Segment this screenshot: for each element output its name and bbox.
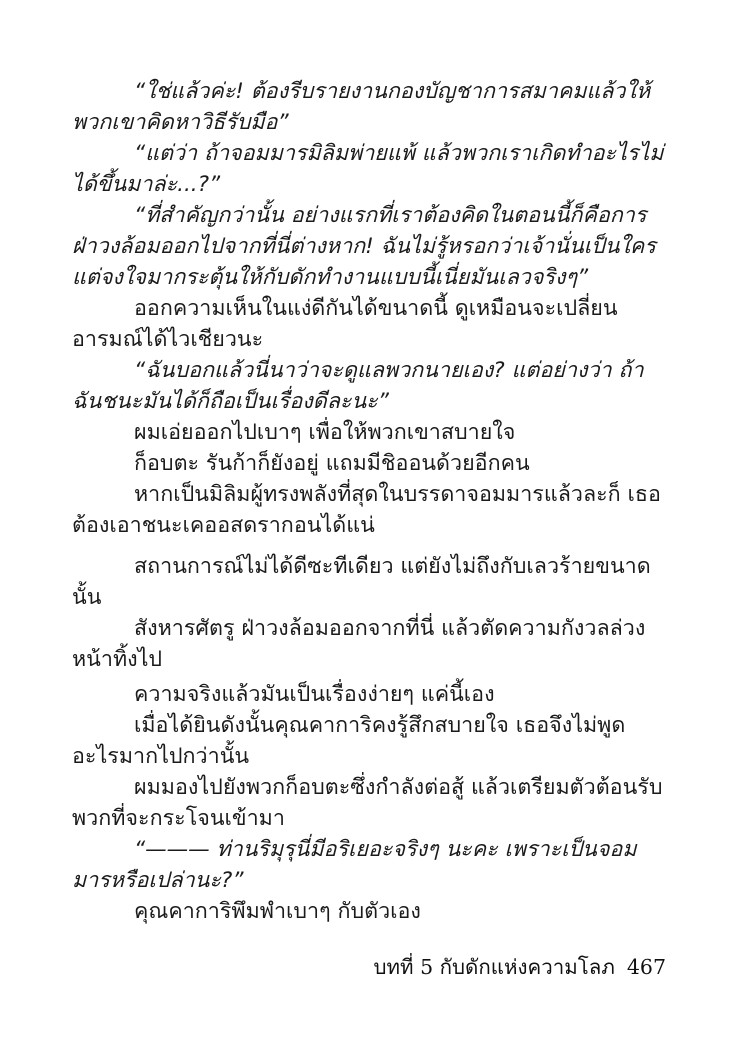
- dialogue-paragraph: “ที่สำคัญกว่านั้น อย่างแรกที่เราต้องคิดใ…: [72, 200, 667, 293]
- narration-paragraph: ความจริงแล้วมันเป็นเรื่องง่ายๆ แค่นี้เอง: [72, 679, 667, 710]
- page-text-block: “ใช่แล้วค่ะ! ต้องรีบรายงานกองบัญชาการสมา…: [72, 76, 667, 927]
- narration-paragraph: ออกความเห็นในแง่ดีกันได้ขนาดนี้ ดูเหมือน…: [72, 293, 667, 355]
- footer-chapter-title: บทที่ 5 กับดักแห่งความโลภ: [374, 955, 615, 979]
- narration-paragraph: สถานการณ์ไม่ได้ดีซะทีเดียว แต่ยังไม่ถึงก…: [72, 551, 667, 613]
- narration-paragraph: ผมเอ่ยออกไปเบาๆ เพื่อให้พวกเขาสบายใจ: [72, 417, 667, 448]
- dialogue-paragraph: “ฉันบอกแล้วนี่นาว่าจะดูแลพวกนายเอง? แต่อ…: [72, 355, 667, 417]
- dialogue-paragraph: “——— ท่านริมุรุนี่มีอริเยอะจริงๆ นะคะ เพ…: [72, 834, 667, 896]
- dialogue-paragraph: “แต่ว่า ถ้าจอมมารมิลิมพ่ายแพ้ แล้วพวกเรา…: [72, 138, 667, 200]
- narration-paragraph: สังหารศัตรู ฝ่าวงล้อมออกจากที่นี่ แล้วตั…: [72, 613, 667, 675]
- narration-paragraph: คุณคาการิพึมพำเบาๆ กับตัวเอง: [72, 896, 667, 927]
- narration-paragraph: ก็อบตะ รันก้าก็ยังอยู่ แถมมีชิออนด้วยอีก…: [72, 448, 667, 479]
- page-footer: บทที่ 5 กับดักแห่งความโลภ467: [374, 953, 666, 981]
- narration-paragraph: หากเป็นมิลิมผู้ทรงพลังที่สุดในบรรดาจอมมา…: [72, 479, 667, 541]
- narration-paragraph: ผมมองไปยังพวกก็อบตะซึ่งกำลังต่อสู้ แล้วเ…: [72, 772, 667, 834]
- dialogue-paragraph: “ใช่แล้วค่ะ! ต้องรีบรายงานกองบัญชาการสมา…: [72, 76, 667, 138]
- footer-page-number: 467: [627, 955, 666, 979]
- narration-paragraph: เมื่อได้ยินดังนั้นคุณคาการิคงรู้สึกสบายใ…: [72, 710, 667, 772]
- book-page: “ใช่แล้วค่ะ! ต้องรีบรายงานกองบัญชาการสมา…: [0, 0, 738, 1051]
